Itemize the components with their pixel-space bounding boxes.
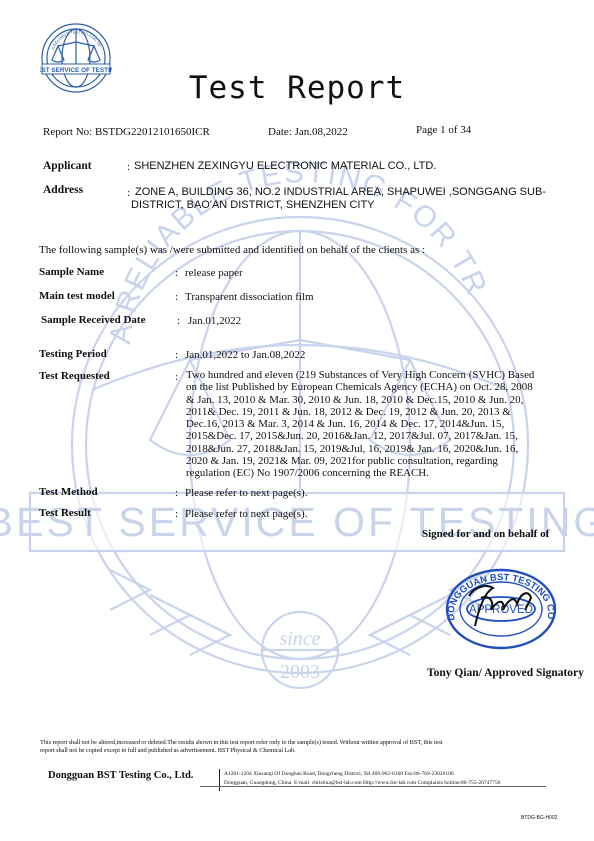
report-number: Report No: BSTDG22012101650ICR: [43, 126, 210, 138]
colon: :: [127, 187, 130, 199]
test-requested-label: Test Requested: [39, 370, 110, 382]
colon: :: [175, 371, 178, 383]
colon: :: [175, 267, 178, 279]
test-requested-line: 2018&Jun. 27, 2018&Jan. 15, 2019&Jul, 16…: [186, 443, 561, 455]
test-method-value: Please refer to next page(s).: [185, 487, 307, 500]
signatory-name: Tony Qian/ Approved Signatory: [427, 667, 584, 679]
footer-rule: [200, 786, 546, 787]
sample-name-value: release paper: [185, 267, 243, 280]
document-title: Test Report: [0, 70, 594, 106]
test-requested-line: 2015&Dec. 17, 2015&Jun. 20, 2016&Jan. 12…: [186, 430, 561, 442]
colon: :: [175, 349, 178, 361]
testing-period-label: Testing Period: [39, 348, 107, 360]
report-date: Date: Jan.08,2022: [268, 126, 348, 138]
test-requested-value: Two hundred and eleven (219 Substances o…: [186, 369, 561, 480]
applicant-label: Applicant: [43, 160, 92, 172]
signed-for-text: Signed for and on behalf of: [422, 528, 549, 540]
address-line-2: DISTRICT, BAO'AN DISTRICT, SHENZHEN CITY: [131, 199, 375, 211]
footer-company-name: Dongguan BST Testing Co., Ltd.: [48, 770, 193, 781]
main-test-model-label: Main test model: [39, 290, 115, 302]
address-line-1: ZONE A, BUILDING 36, NO.2 INDUSTRIAL ARE…: [135, 186, 546, 198]
applicant-value: SHENZHEN ZEXINGYU ELECTRONIC MATERIAL CO…: [134, 160, 436, 172]
test-requested-line: Two hundred and eleven (219 Substances o…: [186, 369, 561, 381]
disclaimer: This report shall not be altered,increas…: [40, 739, 560, 756]
test-requested-line: & Jan. 13, 2010 & Mar. 30, 2010 & Jun. 1…: [186, 394, 561, 406]
test-requested-line: regulation (EC) No 1907/2006 concerning …: [186, 467, 561, 479]
test-requested-line: 2020 & Jan. 19, 2021& Mar. 09, 2021for p…: [186, 455, 561, 467]
disclaimer-line: report shall not be copied except in ful…: [40, 747, 560, 755]
test-result-label: Test Result: [39, 507, 91, 519]
address-label: Address: [43, 184, 83, 196]
page-indicator: Page 1 of 34: [416, 124, 471, 136]
footer-divider: [219, 769, 220, 791]
sample-received-date-label: Sample Received Date: [41, 314, 145, 326]
intro-text: The following sample(s) was /were submit…: [39, 244, 425, 257]
svg-text:2003: 2003: [280, 661, 320, 683]
test-method-label: Test Method: [39, 486, 98, 498]
main-test-model-value: Transparent dissociation film: [185, 291, 314, 304]
colon: :: [175, 508, 178, 520]
test-requested-line: on the list Published by European Chemic…: [186, 381, 561, 393]
disclaimer-line: This report shall not be altered,increas…: [40, 739, 560, 747]
sample-received-date-value: Jan.01,2022: [188, 315, 241, 328]
testing-period-value: Jan.01,2022 to Jan.08,2022: [185, 349, 305, 362]
colon: :: [127, 161, 130, 173]
footer-address-line: A1201-1204 Xinsanqi Of Donghao Road, Don…: [224, 770, 594, 779]
colon: :: [175, 291, 178, 303]
test-requested-line: Dec.16, 2013 & Mar. 3, 2014 & Jun. 16, 2…: [186, 418, 561, 430]
test-result-value: Please refer to next page(s).: [185, 508, 307, 521]
approved-stamp: DONGGUAN BST TESTING CO.,LTD APPROVED: [445, 568, 557, 650]
sample-name-label: Sample Name: [39, 266, 104, 278]
colon: :: [175, 487, 178, 499]
document-code: BTDG-BG-H002: [521, 815, 557, 821]
svg-text:since: since: [279, 628, 320, 650]
colon: :: [177, 315, 180, 327]
test-requested-line: 2011& Dec. 19, 2011 & Jun. 18, 2012 & De…: [186, 406, 561, 418]
